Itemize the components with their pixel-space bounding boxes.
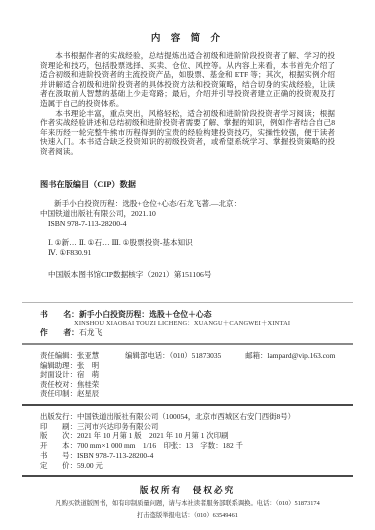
publisher-value: 中国铁道出版社有限公司（100054，北京市西城区右安门西街8号）	[77, 412, 295, 422]
format-row: 开 本：700 mm×1 000 mm 1/16 印张：13 字数：182 千	[40, 441, 335, 451]
divider-above-copyright	[22, 475, 353, 477]
edition-row: 版 次：2021 年 10 月第 1 版 2021 年 10 月第 1 次印刷	[40, 431, 335, 441]
printer-row: 印 刷：三河市兴达印务有限公司	[40, 422, 335, 432]
anti-piracy-line: 打击盗版举报电话：（010）63549461	[28, 512, 347, 520]
price-value: 59.00 元	[77, 461, 103, 471]
divider-below-staff-block	[22, 404, 353, 406]
cip-title-line: 新手小白投资历程：选股+仓位+心态/石龙飞著.—北京：	[40, 199, 335, 209]
book-title-row: 书 名： 新手小白投资历程：选股＋仓位＋心态	[40, 310, 335, 320]
format-label: 开 本：	[40, 441, 77, 451]
cover-designer-name: 宿 萌	[77, 370, 99, 380]
cip-classification-line-2: Ⅳ. ①F830.91	[40, 248, 335, 258]
proofreader-label: 责任校对：	[40, 380, 77, 390]
publisher-label: 出版发行：	[40, 412, 77, 422]
book-title-value: 新手小白投资历程：选股＋仓位＋心态	[79, 310, 212, 320]
format-value: 700 mm×1 000 mm 1/16 印张：13 字数：182 千	[77, 441, 243, 451]
content-intro-section: 内 容 简 介 本书根据作者的实战经验，总结提炼出适合初级和进阶阶段投资者了解、…	[28, 30, 347, 280]
editorial-email: 邮箱：lampard@vip.163.com	[245, 351, 335, 361]
price-row: 定 价：59.00 元	[40, 461, 335, 471]
print-supervisor-label: 责任印制：	[40, 389, 77, 399]
cip-classification-line-1: Ⅰ. ①新… Ⅱ. ①石… Ⅲ. ①股票投资-基本知识	[40, 238, 335, 248]
copyright-section: 版权所有 侵权必究 凡购买铁道版图书，如有印制质量问题，请与本社读者服务部联系调…	[28, 484, 347, 520]
book-title-pinyin: XINSHOU XIAOBAI TOUZI LICHENG：XUANGU＋CAN…	[40, 320, 335, 329]
copyright-notice: 版权所有 侵权必究	[28, 484, 347, 496]
printer-value: 三河市兴达印务有限公司	[77, 422, 158, 432]
isbn-label: 书 号：	[40, 451, 77, 461]
assistant-name: 张 明	[77, 361, 99, 371]
editorial-phone: 编辑部电话：（010）51873035	[125, 351, 221, 361]
cip-publisher-line: 中国铁道出版社有限公司，2021.10	[40, 209, 335, 219]
intro-title: 内 容 简 介	[40, 30, 335, 44]
edition-label: 版 次：	[40, 431, 77, 441]
print-supervisor-name: 赵星辰	[77, 389, 99, 399]
divider-below-title-block	[22, 343, 353, 345]
publication-block: 出版发行：中国铁道出版社有限公司（100054，北京市西城区右安门西街8号） 印…	[28, 412, 347, 470]
staff-row-proofreader: 责任校对：焦桂荣	[40, 380, 335, 390]
proofreader-name: 焦桂荣	[77, 380, 99, 390]
staff-block: 责任编辑：张亚慧 编辑部电话：（010）51873035 邮箱：lampard@…	[28, 351, 347, 399]
intro-paragraph-2: 本书理论丰富，重点突出，风格轻松，适合初级和进阶阶段投资者学习阅读；根据作者实战…	[40, 109, 335, 157]
cover-designer-label: 封面设计：	[40, 370, 77, 380]
author-label: 作 者：	[40, 328, 79, 338]
book-title-label: 书 名：	[40, 310, 79, 320]
edition-value: 2021 年 10 月第 1 版 2021 年 10 月第 1 次印刷	[77, 431, 229, 441]
author-row: 作 者： 石龙飞	[40, 328, 335, 338]
cip-heading: 图书在版编目（CIP）数据	[40, 179, 335, 190]
cip-record-number: 中国版本图书馆CIP数据核字（2021）第151106号	[40, 269, 335, 280]
assistant-label: 编辑助理：	[40, 361, 77, 371]
printer-label: 印 刷：	[40, 422, 77, 432]
cip-isbn-line: ISBN 978-7-113-28200-4	[40, 219, 335, 229]
staff-row-assistant: 编辑助理：张 明	[40, 361, 335, 371]
staff-row-print-supervisor: 责任印制：赵星辰	[40, 389, 335, 399]
divider-above-title-block	[22, 302, 353, 303]
reader-service-line: 凡购买铁道版图书，如有印制质量问题，请与本社读者服务部联系调换。电话：（010）…	[28, 500, 347, 508]
price-label: 定 价：	[40, 461, 77, 471]
book-copyright-page: 内 容 简 介 本书根据作者的实战经验，总结提炼出适合初级和进阶阶段投资者了解、…	[0, 0, 375, 530]
isbn-value: ISBN 978-7-113-28200-4	[77, 451, 153, 461]
publisher-row: 出版发行：中国铁道出版社有限公司（100054，北京市西城区右安门西街8号）	[40, 412, 335, 422]
staff-row-editor: 责任编辑：张亚慧 编辑部电话：（010）51873035 邮箱：lampard@…	[40, 351, 335, 361]
editor-label: 责任编辑：	[40, 351, 77, 361]
editor-name: 张亚慧	[77, 351, 99, 361]
author-value: 石龙飞	[79, 328, 102, 338]
isbn-row: 书 号：ISBN 978-7-113-28200-4	[40, 451, 335, 461]
staff-row-cover-designer: 封面设计：宿 萌	[40, 370, 335, 380]
intro-paragraph-1: 本书根据作者的实战经验，总结提炼出适合初级和进阶阶段投资者了解、学习的投资理论和…	[40, 51, 335, 109]
title-block: 书 名： 新手小白投资历程：选股＋仓位＋心态 XINSHOU XIAOBAI T…	[28, 310, 347, 339]
